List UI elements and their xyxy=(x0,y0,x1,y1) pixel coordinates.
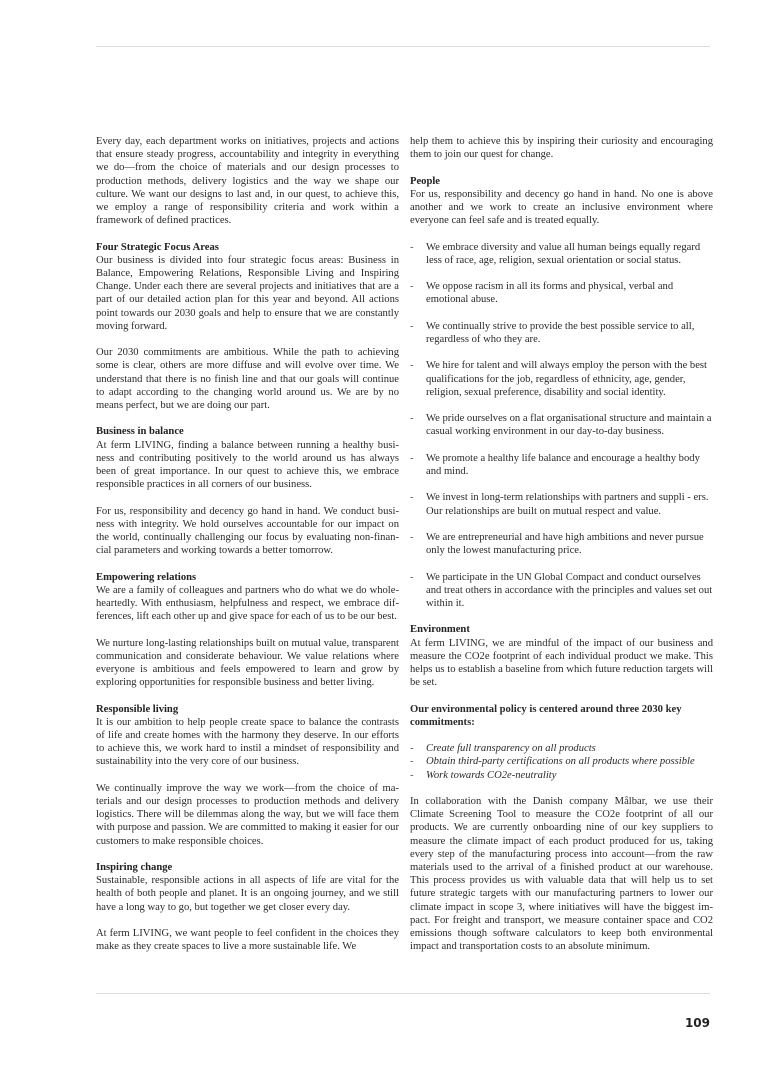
page-number: 109 xyxy=(660,1016,710,1030)
right-column: help them to achieve this by inspiring t… xyxy=(410,135,713,967)
section-heading: Empowering relations xyxy=(96,571,399,584)
list-item: We promote a healthy life balance and en… xyxy=(410,452,713,478)
list-item: We pride ourselves on a flat organisatio… xyxy=(410,412,713,438)
intro-paragraph: Every day, each department works on init… xyxy=(96,135,399,227)
left-column: Every day, each department works on init… xyxy=(96,135,399,967)
people-principles-list: We embrace diversity and value all human… xyxy=(410,241,713,611)
environmental-commitments-list: Create full transparency on all products… xyxy=(410,742,713,782)
section-environment: Environment At ferm LIVING, we are mindf… xyxy=(410,623,713,689)
section-four-strategic-focus-areas: Four Strategic Focus Areas Our business … xyxy=(96,241,399,333)
section-people: People For us, responsibility and decenc… xyxy=(410,175,713,228)
list-item: We hire for talent and will always emplo… xyxy=(410,359,713,399)
responsible-living-paragraph-2: We continually improve the way we work—f… xyxy=(96,782,399,848)
continuation-paragraph: help them to achieve this by inspiring t… xyxy=(410,135,713,161)
section-body: We are a family of colleagues and partne… xyxy=(96,585,399,622)
bottom-divider xyxy=(96,993,710,994)
section-body: Our business is divided into four strate… xyxy=(96,255,399,332)
environmental-policy-lead: Our environmental policy is centered aro… xyxy=(410,703,713,729)
list-item: Obtain third-party certifications on all… xyxy=(410,755,713,768)
environment-paragraph-2: In collaboration with the Danish company… xyxy=(410,795,713,953)
commitments-paragraph: Our 2030 commitments are ambitious. Whil… xyxy=(96,346,399,412)
section-body: It is our ambition to help people create… xyxy=(96,717,399,768)
section-heading: Inspiring change xyxy=(96,861,399,874)
section-inspiring-change: Inspiring change Sustainable, responsibl… xyxy=(96,861,399,914)
inspiring-change-paragraph-2: At ferm LIVING, we want people to feel c… xyxy=(96,927,399,953)
section-empowering-relations: Empowering relations We are a family of … xyxy=(96,571,399,624)
empowering-relations-paragraph-2: We nurture long-lasting relationships bu… xyxy=(96,637,399,690)
section-heading: Four Strategic Focus Areas xyxy=(96,241,399,254)
list-item: We participate in the UN Global Compact … xyxy=(410,571,713,611)
section-responsible-living: Responsible living It is our ambition to… xyxy=(96,703,399,769)
list-item: We continually strive to provide the bes… xyxy=(410,320,713,346)
list-item: We oppose racism in all its forms and ph… xyxy=(410,280,713,306)
list-item: We are entrepreneurial and have high amb… xyxy=(410,531,713,557)
list-item: Work towards CO2e-neutrality xyxy=(410,769,713,782)
section-heading: Environment xyxy=(410,623,713,636)
list-item: We embrace diversity and value all human… xyxy=(410,241,713,267)
section-heading: Responsible living xyxy=(96,703,399,716)
section-body: Sustainable, responsible actions in all … xyxy=(96,875,399,912)
section-body: At ferm LIVING, we are mindful of the im… xyxy=(410,638,713,689)
section-heading: Business in balance xyxy=(96,425,399,438)
top-divider xyxy=(96,46,710,47)
list-item: Create full transparency on all products xyxy=(410,742,713,755)
section-body: At ferm LIVING, finding a balance betwee… xyxy=(96,440,399,491)
section-body: For us, responsibility and decency go ha… xyxy=(410,189,713,226)
section-business-in-balance: Business in balance At ferm LIVING, find… xyxy=(96,425,399,491)
business-in-balance-paragraph-2: For us, responsibility and decency go ha… xyxy=(96,505,399,558)
list-item: We invest in long-term relationships wit… xyxy=(410,491,713,517)
section-heading: People xyxy=(410,175,713,188)
